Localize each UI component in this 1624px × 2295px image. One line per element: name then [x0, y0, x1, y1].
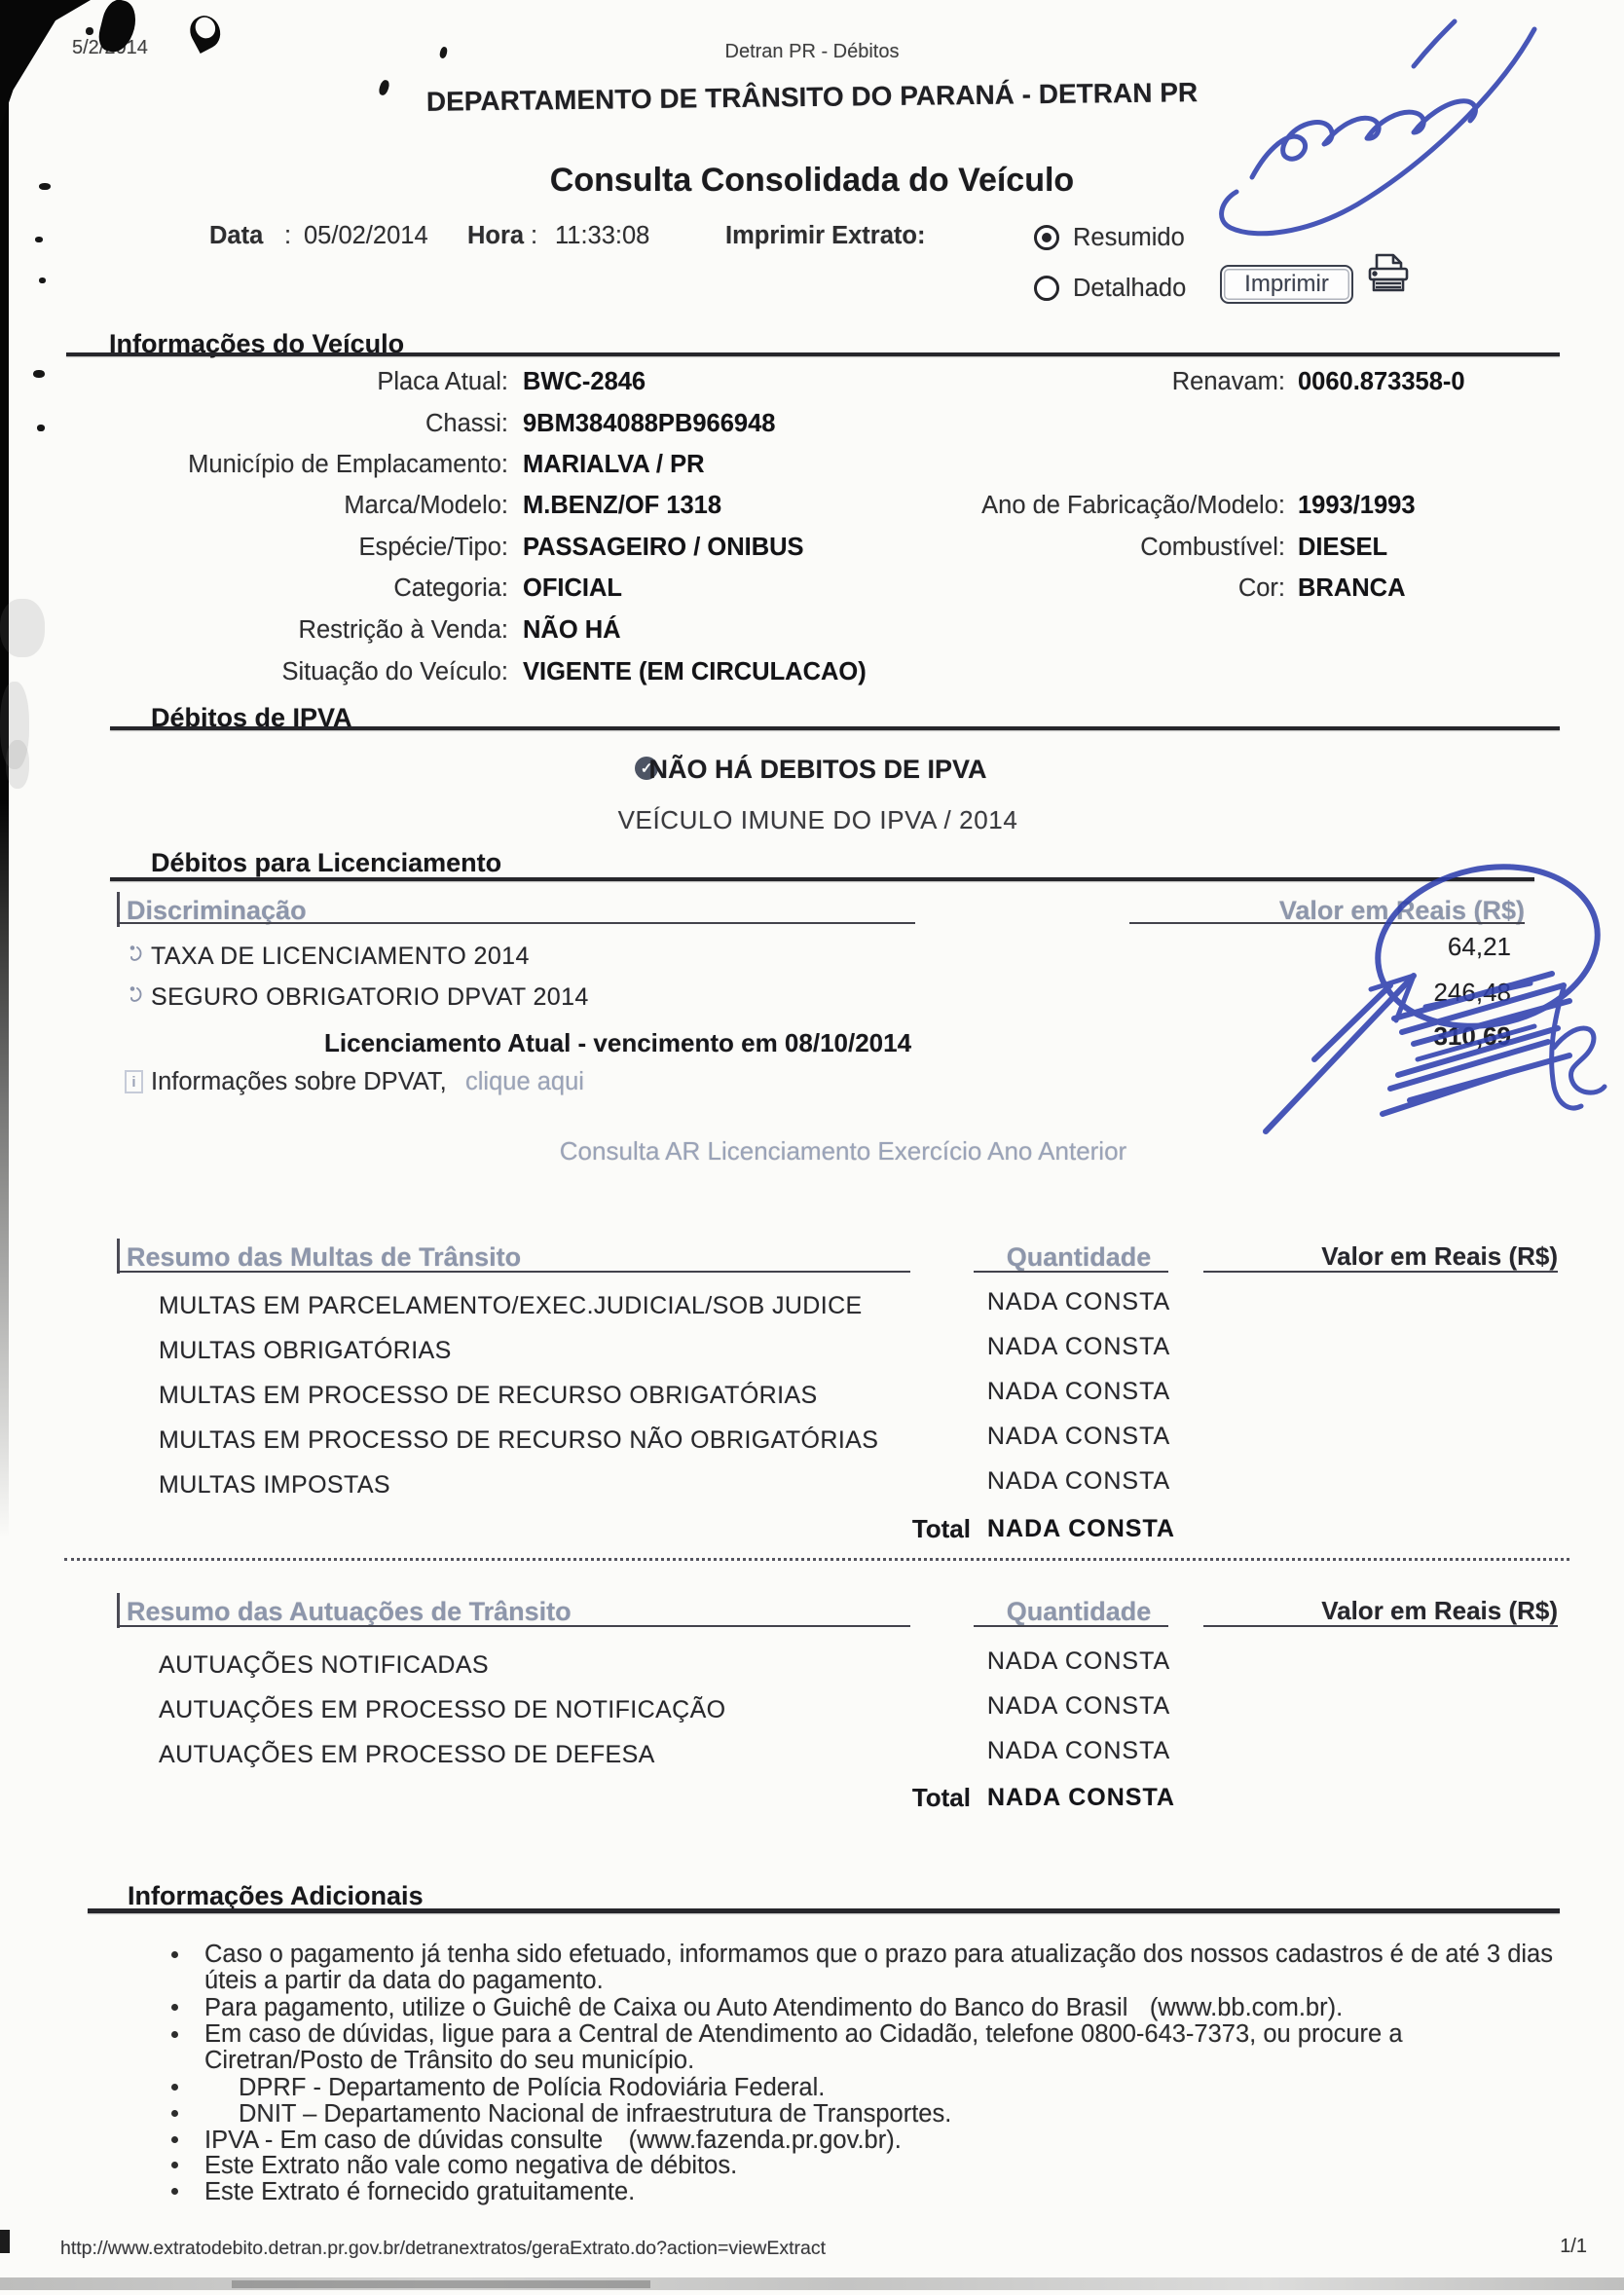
pen-signature: [1414, 21, 1455, 66]
pen-arrow: [1314, 985, 1390, 1059]
pen-squiggle: [1552, 987, 1605, 1108]
scanned-document-page: 5/2/2014 Detran PR - Débitos DEPARTAMENT…: [0, 0, 1624, 2295]
pen-strike: [1383, 1073, 1507, 1114]
pen-annotations-overlay: [0, 0, 1624, 2295]
pen-strike: [1425, 983, 1531, 1007]
